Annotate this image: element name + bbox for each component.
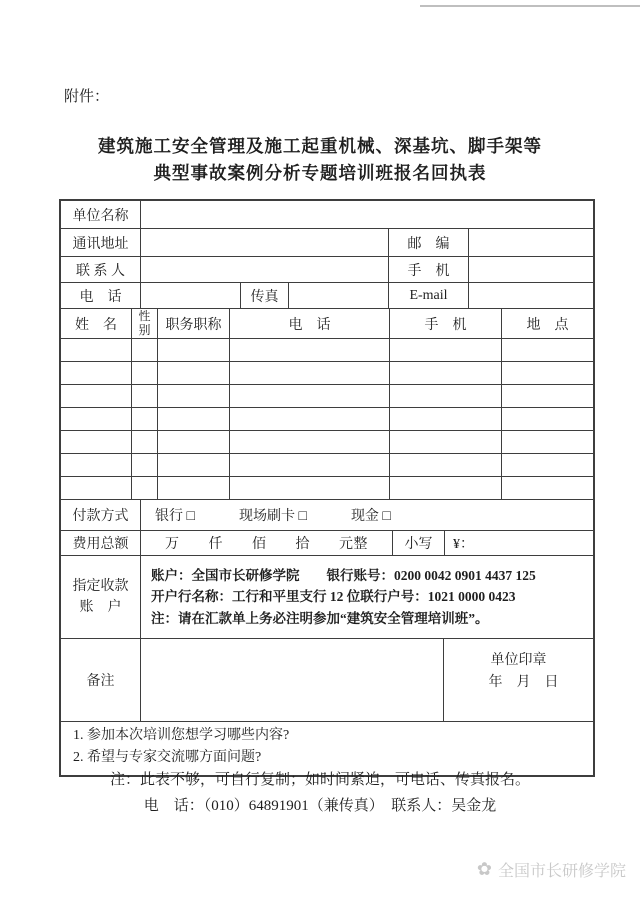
attendee-cell bbox=[390, 339, 502, 362]
attendee-cell bbox=[390, 385, 502, 408]
address-row: 通讯地址 邮 编 bbox=[61, 229, 594, 257]
fee-amount-numeric-field: ¥： bbox=[445, 531, 594, 556]
attendee-cell bbox=[158, 431, 230, 454]
attendee-cell bbox=[158, 339, 230, 362]
form-title-line1: 建筑施工安全管理及施工起重机械、深基坑、脚手架等 bbox=[0, 133, 640, 160]
registration-table: 单位名称 通讯地址 邮 编 联 系 人 手 机 电 话 传真 E-mail 姓 … bbox=[59, 199, 595, 777]
payment-table: 付款方式 银行 □ 现场刷卡 □ 现金 □ bbox=[60, 499, 594, 531]
attendee-cell bbox=[390, 477, 502, 500]
contact-person-field bbox=[141, 257, 389, 283]
attendee-cell bbox=[502, 477, 594, 500]
attendee-cell bbox=[502, 362, 594, 385]
attendee-cell bbox=[132, 454, 158, 477]
attendee-cell bbox=[61, 339, 132, 362]
attendee-cell bbox=[502, 431, 594, 454]
attendee-cell bbox=[61, 408, 132, 431]
fee-row: 费用总额 万 仟 佰 拾 元整 小写 ¥： bbox=[61, 531, 594, 556]
attendee-row bbox=[61, 477, 594, 500]
attendee-cell bbox=[230, 431, 390, 454]
attendee-cell bbox=[230, 339, 390, 362]
attendee-cell bbox=[502, 454, 594, 477]
attendee-cell bbox=[502, 385, 594, 408]
account-holder-line: 账户：全国市长研修学院 银行账号：0200 0042 0901 4437 125 bbox=[151, 565, 587, 587]
question-1: 1. 参加本次培训您想学习哪些内容? bbox=[73, 725, 581, 747]
scan-artifact-line bbox=[420, 5, 640, 7]
mobile-label: 手 机 bbox=[389, 257, 469, 283]
form-title-line2: 典型事故案例分析专题培训班报名回执表 bbox=[0, 160, 640, 187]
attendee-cell bbox=[158, 477, 230, 500]
attendee-row bbox=[61, 408, 594, 431]
attendee-cell bbox=[230, 477, 390, 500]
attendee-cell bbox=[230, 362, 390, 385]
attendee-row bbox=[61, 362, 594, 385]
fee-small-label: 小写 bbox=[393, 531, 445, 556]
payment-row: 付款方式 银行 □ 现场刷卡 □ 现金 □ bbox=[61, 500, 594, 531]
designated-account-label: 指定收款 账 户 bbox=[61, 556, 141, 639]
attendee-cell bbox=[158, 408, 230, 431]
attendee-row bbox=[61, 431, 594, 454]
attendee-cell bbox=[61, 385, 132, 408]
account-row: 指定收款 账 户 账户：全国市长研修学院 银行账号：0200 0042 0901… bbox=[61, 556, 594, 639]
watermark: ✿ 全国市长研修学院 bbox=[477, 858, 626, 881]
attendee-cell bbox=[158, 362, 230, 385]
unit-stamp-label: 单位印章 bbox=[444, 650, 593, 672]
address-field bbox=[141, 229, 389, 257]
attendee-cell bbox=[132, 477, 158, 500]
email-label: E-mail bbox=[389, 283, 469, 309]
phone-column-header: 电 话 bbox=[230, 309, 390, 339]
attendee-cell bbox=[132, 408, 158, 431]
payment-options: 银行 □ 现场刷卡 □ 现金 □ bbox=[141, 500, 594, 531]
mobile-field bbox=[469, 257, 594, 283]
watermark-text: 全国市长研修学院 bbox=[498, 858, 626, 881]
attendee-cell bbox=[158, 454, 230, 477]
phone-field bbox=[141, 283, 241, 309]
attendee-rows bbox=[61, 339, 594, 500]
attendee-cell bbox=[158, 385, 230, 408]
contact-person-row: 联 系 人 手 机 bbox=[61, 257, 594, 283]
location-column-header: 地 点 bbox=[502, 309, 594, 339]
remittance-note-line: 注：请在汇款单上务必注明参加“建筑安全管理培训班”。 bbox=[151, 608, 587, 630]
attendee-cell bbox=[390, 454, 502, 477]
attendee-cell bbox=[132, 339, 158, 362]
fee-table: 费用总额 万 仟 佰 拾 元整 小写 ¥： bbox=[60, 530, 594, 556]
payment-option-bank-checkbox: 银行 □ bbox=[155, 505, 195, 525]
contact-info-table: 单位名称 通讯地址 邮 编 联 系 人 手 机 电 话 传真 E-mail bbox=[60, 200, 594, 309]
attachment-label: 附件： bbox=[64, 85, 109, 106]
footer-note: 注：此表不够，可自行复制；如时间紧迫，可电话、传真报名。 bbox=[0, 768, 640, 789]
form-title: 建筑施工安全管理及施工起重机械、深基坑、脚手架等 典型事故案例分析专题培训班报名… bbox=[0, 133, 640, 187]
attendee-cell bbox=[390, 408, 502, 431]
unit-name-field bbox=[141, 201, 594, 229]
attendee-cell bbox=[230, 408, 390, 431]
fee-amount-words: 万 仟 佰 拾 元整 bbox=[141, 531, 393, 556]
attendee-cell bbox=[502, 408, 594, 431]
fee-total-label: 费用总额 bbox=[61, 531, 141, 556]
unit-name-label: 单位名称 bbox=[61, 201, 141, 229]
attendee-cell bbox=[230, 385, 390, 408]
phone-label: 电 话 bbox=[61, 283, 141, 309]
account-details: 账户：全国市长研修学院 银行账号：0200 0042 0901 4437 125… bbox=[141, 556, 594, 639]
attendee-cell bbox=[390, 431, 502, 454]
footer-phone-line: 电 话：（010）64891901（兼传真） 联系人：吴金龙 bbox=[0, 794, 640, 815]
attendee-row bbox=[61, 339, 594, 362]
phone-fax-email-row: 电 话 传真 E-mail bbox=[61, 283, 594, 309]
postcode-label: 邮 编 bbox=[389, 229, 469, 257]
attendees-table: 姓 名 性 别 职务职称 电 话 手 机 地 点 bbox=[60, 308, 594, 500]
postcode-field bbox=[469, 229, 594, 257]
payment-option-cash-checkbox: 现金 □ bbox=[351, 505, 391, 525]
unit-name-row: 单位名称 bbox=[61, 201, 594, 229]
attendee-cell bbox=[230, 454, 390, 477]
attendee-cell bbox=[132, 362, 158, 385]
attendee-cell bbox=[61, 477, 132, 500]
mobile-column-header: 手 机 bbox=[390, 309, 502, 339]
attendee-cell bbox=[132, 385, 158, 408]
attendee-cell bbox=[132, 431, 158, 454]
payment-method-label: 付款方式 bbox=[61, 500, 141, 531]
attendee-cell bbox=[502, 339, 594, 362]
question-2: 2. 希望与专家交流哪方面问题? bbox=[73, 747, 581, 769]
attendee-cell bbox=[61, 431, 132, 454]
attendees-header-row: 姓 名 性 别 职务职称 电 话 手 机 地 点 bbox=[61, 309, 594, 339]
attendee-row bbox=[61, 454, 594, 477]
remark-table: 备注 单位印章 年 月 日 bbox=[60, 638, 594, 722]
fax-field bbox=[289, 283, 389, 309]
name-column-header: 姓 名 bbox=[61, 309, 132, 339]
payment-option-card-checkbox: 现场刷卡 □ bbox=[239, 505, 307, 525]
remark-field bbox=[141, 639, 444, 722]
address-label: 通讯地址 bbox=[61, 229, 141, 257]
remark-row: 备注 单位印章 年 月 日 bbox=[61, 639, 594, 722]
contact-person-label: 联 系 人 bbox=[61, 257, 141, 283]
attendee-row bbox=[61, 385, 594, 408]
bank-branch-line: 开户行名称：工行和平里支行 12 位联行户号：1021 0000 0423 bbox=[151, 586, 587, 608]
attendee-cell bbox=[390, 362, 502, 385]
email-field bbox=[469, 283, 594, 309]
job-title-column-header: 职务职称 bbox=[158, 309, 230, 339]
attendee-cell bbox=[61, 454, 132, 477]
fax-label: 传真 bbox=[241, 283, 289, 309]
flower-logo-icon: ✿ bbox=[477, 859, 492, 880]
remark-label: 备注 bbox=[61, 639, 141, 722]
attendee-cell bbox=[61, 362, 132, 385]
date-line: 年 月 日 bbox=[444, 672, 593, 694]
unit-stamp-cell: 单位印章 年 月 日 bbox=[444, 639, 594, 722]
gender-column-header: 性 别 bbox=[132, 309, 158, 339]
account-table: 指定收款 账 户 账户：全国市长研修学院 银行账号：0200 0042 0901… bbox=[60, 555, 594, 639]
